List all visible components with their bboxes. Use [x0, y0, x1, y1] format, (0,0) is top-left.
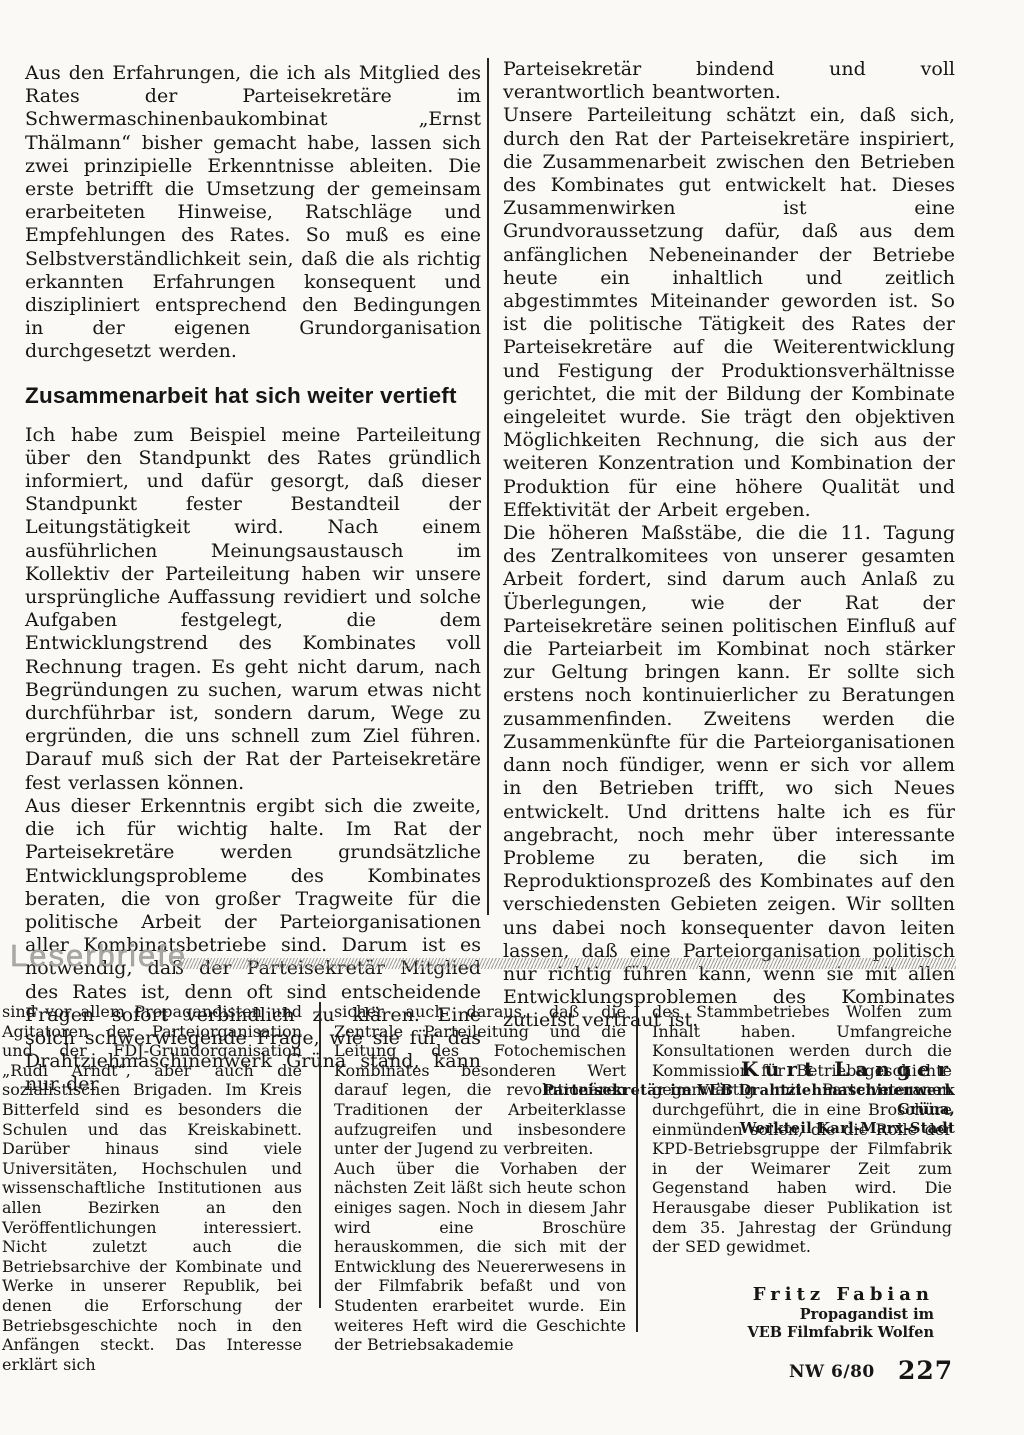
letter-author-role: Propagandist im	[652, 1306, 934, 1325]
letters-column-3: des Stammbetriebes Wolfen zum Inhalt hab…	[652, 1002, 952, 1343]
letters-column-1: sind vor allem Propagandisten und Agitat…	[2, 1002, 302, 1374]
article-paragraph: Ich habe zum Beispiel meine Parteileitun…	[25, 424, 481, 795]
letter-paragraph: sicher auch daraus, daß die Zentrale Par…	[334, 1002, 626, 1159]
letter-paragraph: des Stammbetriebes Wolfen zum Inhalt hab…	[652, 1002, 952, 1257]
letter-author-name: Fritz Fabian	[652, 1283, 934, 1306]
journal-issue-label: NW 6/80	[789, 1362, 875, 1382]
letter-paragraph: Auch über die Vorhaben der nächsten Zeit…	[334, 1159, 626, 1355]
section-divider: Leserbriefe	[10, 936, 956, 976]
letter-author-org: VEB Filmfabrik Wolfen	[652, 1324, 934, 1343]
letter-signature-block: Fritz Fabian Propagandist im VEB Filmfab…	[652, 1283, 952, 1343]
page-number: 227	[898, 1356, 953, 1385]
article-paragraph: Unsere Parteileitung schätzt ein, daß si…	[503, 104, 955, 522]
article-heading: Zusammenarbeit hat sich weiter vertieft	[25, 383, 481, 409]
letter-paragraph: sind vor allem Propagandisten und Agitat…	[2, 1002, 302, 1374]
article-paragraph: Parteisekretär bindend und voll verantwo…	[503, 58, 955, 104]
letters-column-2: sicher auch daraus, daß die Zentrale Par…	[334, 1002, 626, 1355]
scanned-magazine-page: Aus den Erfahrungen, die ich als Mitglie…	[0, 0, 1024, 1435]
column-divider-rule	[487, 58, 489, 915]
column-divider-rule	[636, 1002, 638, 1332]
section-title: Leserbriefe	[10, 938, 187, 974]
article-paragraph: Aus den Erfahrungen, die ich als Mitglie…	[25, 62, 481, 364]
column-divider-rule	[319, 1002, 321, 1308]
hatched-rule	[178, 958, 956, 969]
